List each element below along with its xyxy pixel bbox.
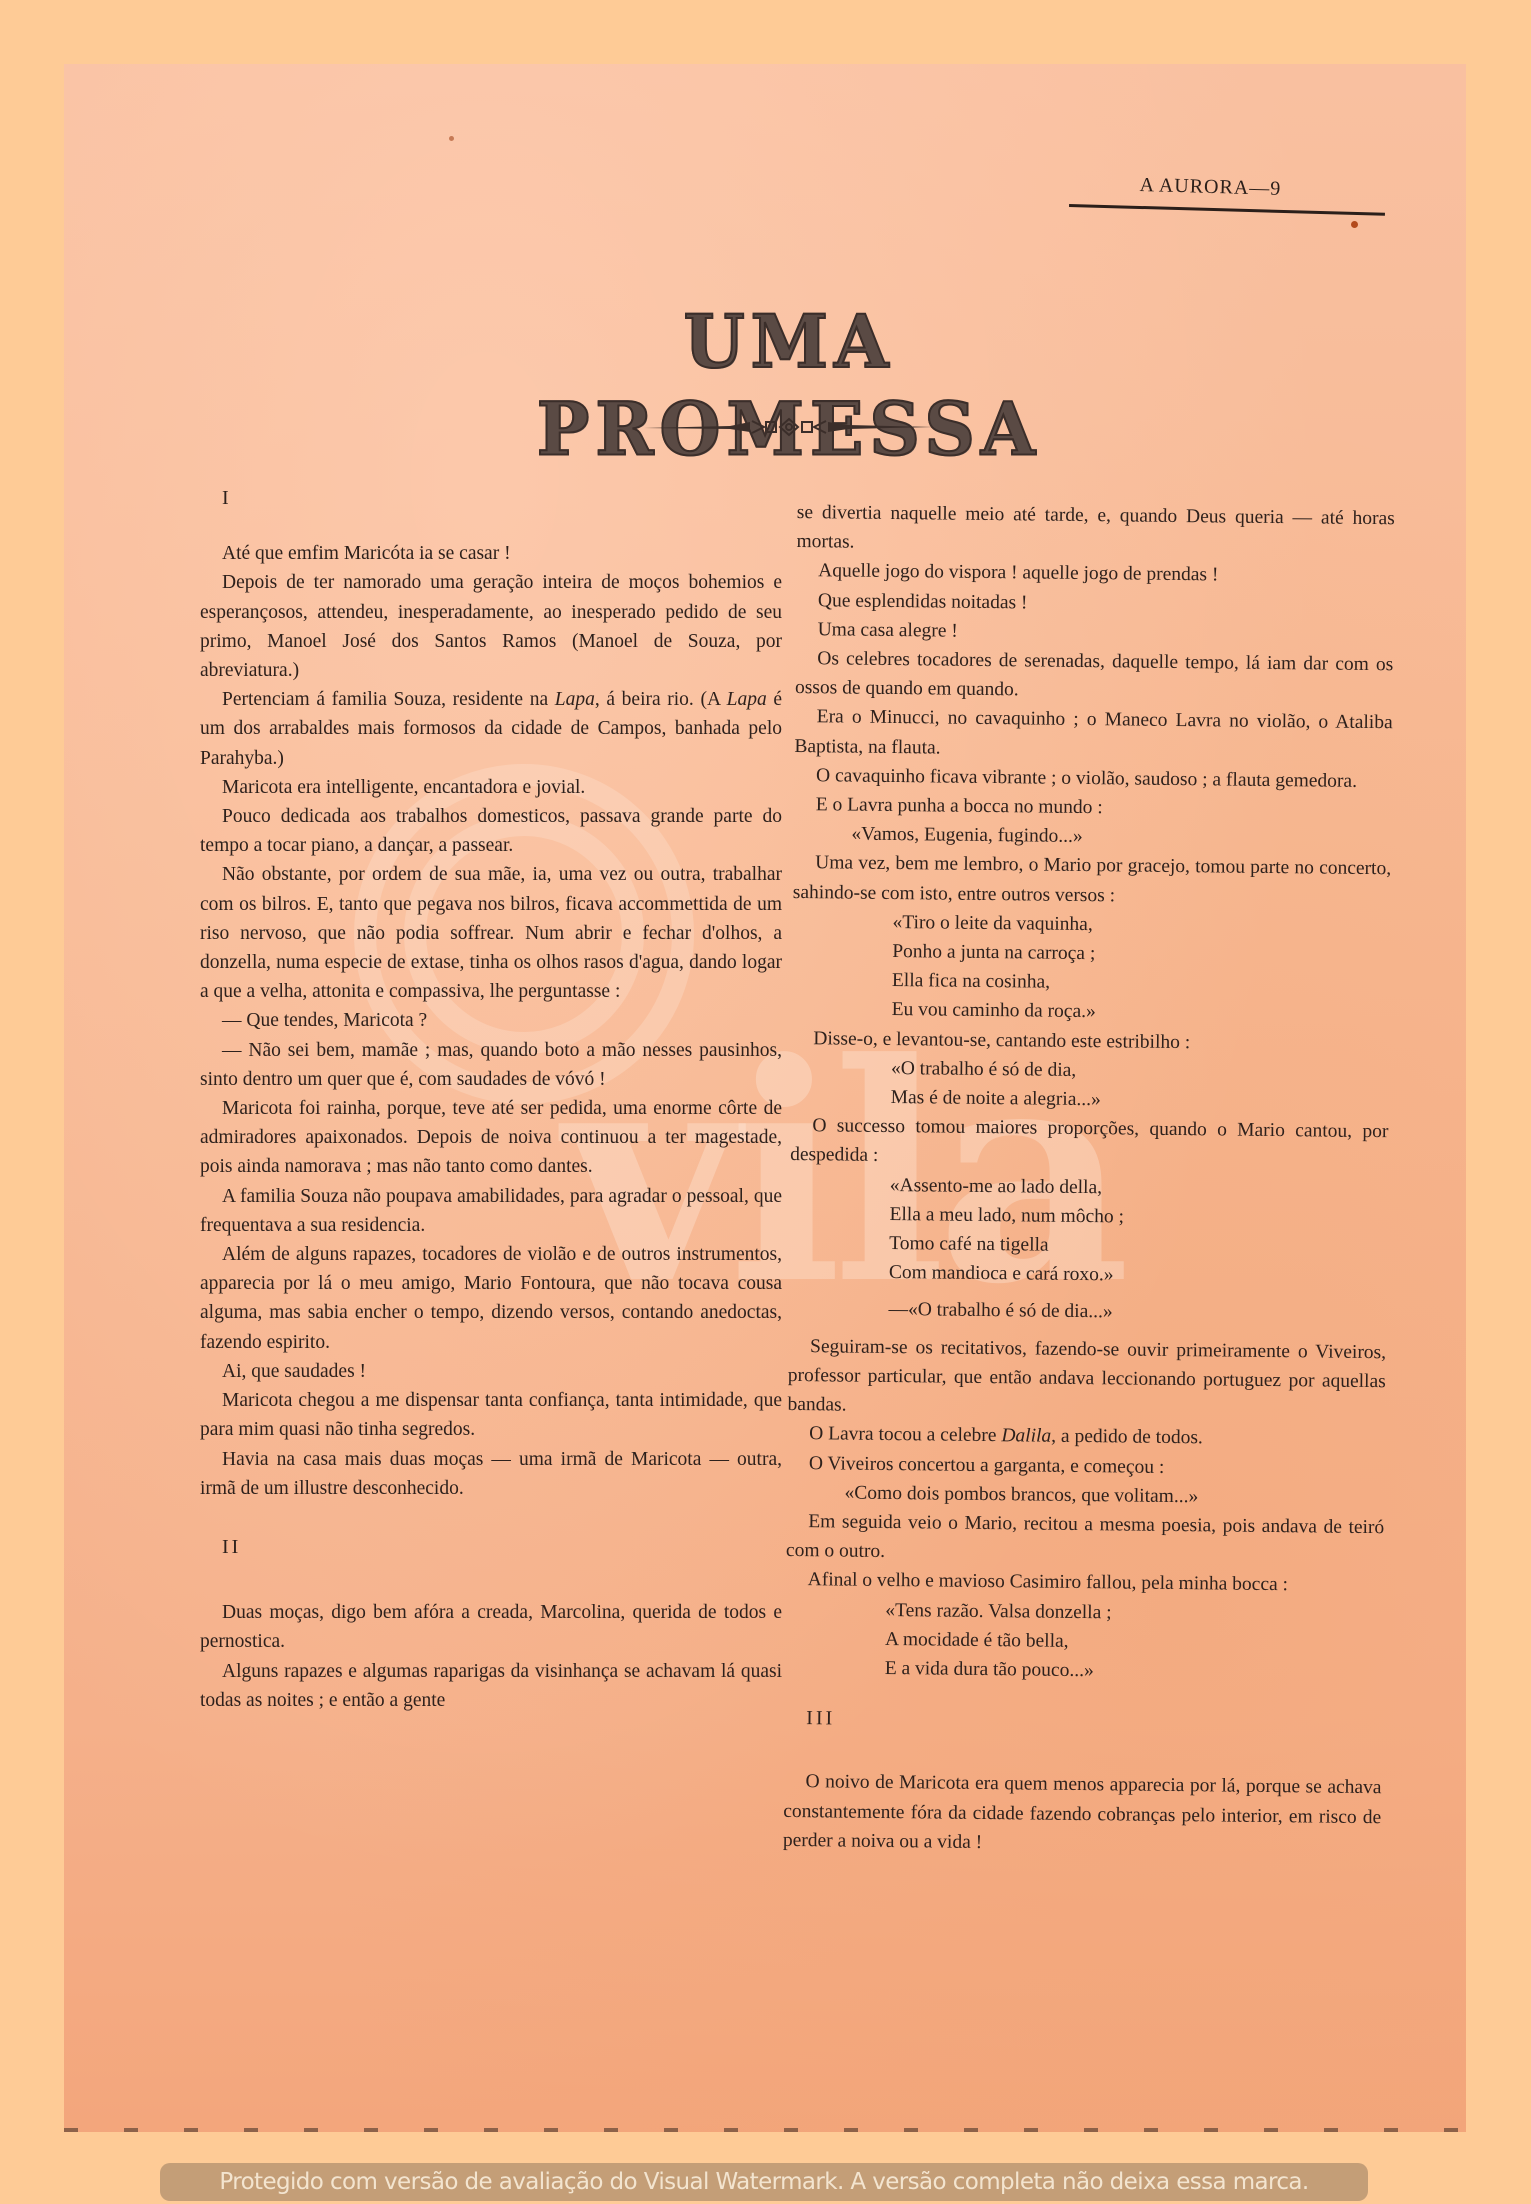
paragraph: Pertenciam á familia Souza, residente na… [200, 685, 782, 773]
newspaper-page: vila A AURORA—9 UMA PROMESSA I Até que e… [64, 64, 1466, 2132]
paragraph: Não obstante, por ordem de sua mãe, ia, … [200, 860, 782, 1006]
italic-term: Dalila [1001, 1425, 1051, 1447]
section-number-1: I [200, 484, 782, 513]
paragraph: Em seguida veio o Mario, recitou a mesma… [786, 1507, 1385, 1572]
running-head: A AURORA—9 [1069, 172, 1390, 217]
section-number-2: II [200, 1533, 782, 1562]
paragraph: Seguiram-se os recitativos, fazendo-se o… [787, 1332, 1386, 1426]
paragraph: O successo tomou maiores proporções, qua… [790, 1111, 1389, 1176]
italic-term: Lapa [727, 689, 767, 710]
paragraph: Ai, que saudades ! [200, 1357, 782, 1386]
paragraph: Até que emfim Maricóta ia se casar ! [200, 539, 782, 568]
left-column: I Até que emfim Maricóta ia se casar ! D… [200, 484, 782, 1715]
paragraph: Havia na casa mais duas moças — uma irmã… [200, 1445, 782, 1503]
right-column: se divertia naquelle meio até tarde, e, … [783, 498, 1395, 1861]
running-head-text: A AURORA—9 [1139, 174, 1281, 201]
paragraph: Duas moças, digo bem afóra a creada, Mar… [200, 1598, 782, 1656]
paragraph: Os celebres tocadores de serenadas, daqu… [795, 644, 1394, 709]
paragraph: A familia Souza não poupava amabilidades… [200, 1182, 782, 1240]
paragraph: Alguns rapazes e algumas raparigas da vi… [200, 1657, 782, 1715]
paragraph: Além de alguns rapazes, tocadores de vio… [200, 1240, 782, 1357]
paragraph: O noivo de Maricota era quem menos appar… [783, 1767, 1382, 1861]
paragraph-continued: se divertia naquelle meio até tarde, e, … [796, 498, 1395, 563]
dialogue-line: — Não sei bem, mamãe ; mas, quando boto … [200, 1036, 782, 1094]
decorative-rule-ornament-icon [640, 416, 938, 438]
paragraph: Afinal o velho e mavioso Casimiro fallou… [786, 1565, 1384, 1600]
running-head-rule [1069, 204, 1385, 216]
italic-term: Lapa [555, 689, 595, 710]
paragraph: Pouco dedicada aos trabalhos domesticos,… [200, 802, 782, 860]
paragraph: Era o Minucci, no cavaquinho ; o Maneco … [794, 702, 1393, 767]
ink-spot [1351, 221, 1358, 228]
paragraph: Maricota foi rainha, porque, teve até se… [200, 1094, 782, 1182]
ink-spot [449, 136, 454, 141]
article-title: UMA PROMESSA [459, 298, 1119, 472]
watermark-notice-bar: Protegido com versão de avaliação do Vis… [160, 2163, 1368, 2201]
paragraph: Maricota era intelligente, encantadora e… [200, 773, 782, 802]
paragraph: Disse-o, e levantou-se, cantando este es… [791, 1024, 1389, 1059]
paragraph: Depois de ter namorado uma geração intei… [200, 568, 782, 685]
dialogue-line: — Que tendes, Maricota ? [200, 1006, 782, 1035]
paragraph: Uma vez, bem me lembro, o Mario por grac… [793, 848, 1392, 913]
paragraph: Maricota chegou a me dispensar tanta con… [200, 1386, 782, 1444]
